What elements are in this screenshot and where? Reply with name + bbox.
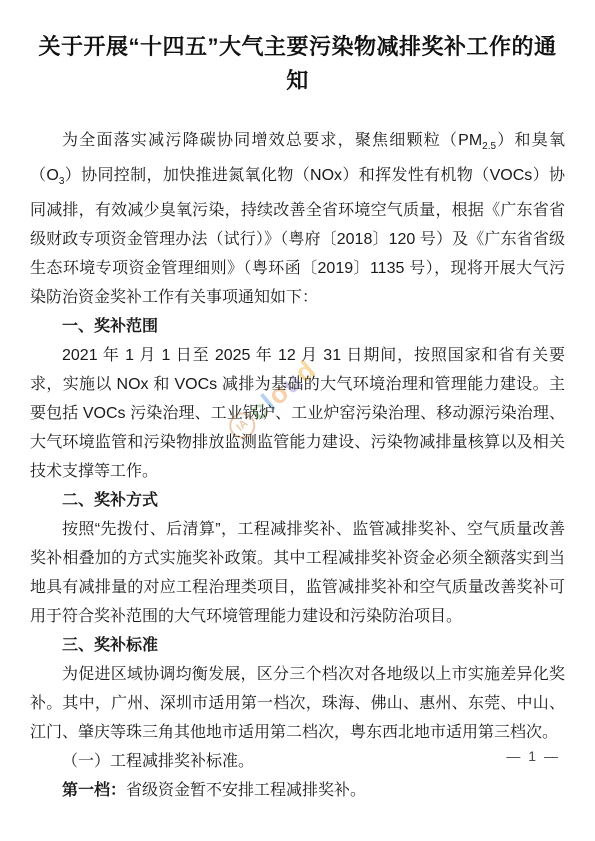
paragraph-standard: 为促进区域协调均衡发展，区分三个档次对各地级以上市实施差异化奖补。其中，广州、深… [30,660,565,747]
section-heading-standard: 三、奖补标准 [30,631,565,660]
document-title: 关于开展“十四五”大气主要污染物减排奖补工作的通知 [28,30,567,98]
paragraph-intro-part3: ）协同控制，加快推进氮氧化物（NOx）和挥发性有机物（VOCs）协同减排，有效减… [30,167,565,306]
paragraph-intro-part1: 为全面落实减污降碳协同增效总要求，聚焦细颗粒（PM [62,132,482,149]
tier1-line: 第一档：省级资金暂不安排工程减排奖补。 [30,776,565,805]
tier1-text: 省级资金暂不安排工程减排奖补。 [126,782,366,799]
document-body: 为全面落实减污降碳协同增效总要求，聚焦细颗粒（PM2.5）和臭氧（O3）协同控制… [30,126,565,805]
document-page: IA c l o u d 关于开展“十四五”大气主要污染物减排奖补工作的通知 为… [0,0,595,841]
tier1-label: 第一档： [62,782,126,799]
section-heading-method: 二、奖补方式 [30,486,565,515]
paragraph-scope: 2021 年 1 月 1 日至 2025 年 12 月 31 日期间，按照国家和… [30,341,565,486]
page-number: — 1 — [506,748,560,764]
paragraph-method: 按照“先拨付、后清算”，工程减排奖补、监管减排奖补、空气质量改善奖补相叠加的方式… [30,515,565,631]
paragraph-intro: 为全面落实减污降碳协同增效总要求，聚焦细颗粒（PM2.5）和臭氧（O3）协同控制… [30,126,565,312]
section-heading-scope: 一、奖补范围 [30,312,565,341]
pm25-subscript: 2.5 [482,141,496,152]
sub-section-heading-project-subsidy: （一）工程减排奖补标准。 [30,747,565,776]
